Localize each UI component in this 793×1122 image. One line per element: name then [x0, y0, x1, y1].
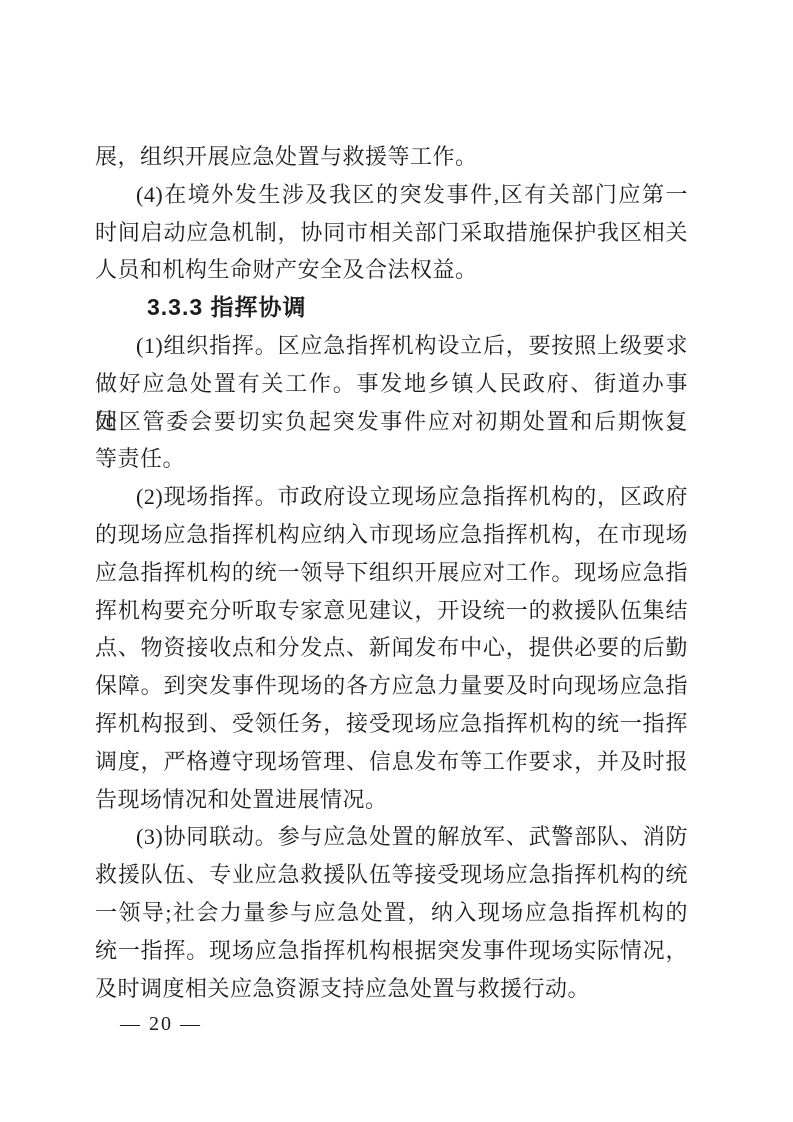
- text-line: 展，组织开展应急处置与救援等工作。: [95, 138, 688, 176]
- text-line: 挥机构报到、受领任务，接受现场应急指挥机构的统一指挥: [95, 705, 688, 743]
- text-line: 一领导;社会力量参与应急处置，纳入现场应急指挥机构的: [95, 894, 688, 932]
- document-body: 展，组织开展应急处置与救援等工作。(4)在境外发生涉及我区的突发事件,区有关部门…: [95, 138, 688, 1007]
- document-page: 展，组织开展应急处置与救援等工作。(4)在境外发生涉及我区的突发事件,区有关部门…: [0, 0, 793, 1122]
- text-line: (1)组织指挥。区应急指挥机构设立后，要按照上级要求: [95, 327, 688, 365]
- text-line: (4)在境外发生涉及我区的突发事件,区有关部门应第一: [95, 176, 688, 214]
- text-line: 保障。到突发事件现场的各方应急力量要及时向现场应急指: [95, 667, 688, 705]
- text-line: 做好应急处置有关工作。事发地乡镇人民政府、街道办事处、: [95, 365, 688, 403]
- text-line: 及时调度相关应急资源支持应急处置与救援行动。: [95, 970, 688, 1008]
- text-line: 告现场情况和处置进展情况。: [95, 781, 688, 819]
- text-line: 等责任。: [95, 440, 688, 478]
- text-line: 时间启动应急机制，协同市相关部门采取措施保护我区相关: [95, 214, 688, 252]
- text-line: (2)现场指挥。市政府设立现场应急指挥机构的，区政府: [95, 478, 688, 516]
- text-line: 挥机构要充分听取专家意见建议，开设统一的救援队伍集结: [95, 592, 688, 630]
- text-line: 园区管委会要切实负起突发事件应对初期处置和后期恢复: [95, 403, 688, 441]
- text-line: (3)协同联动。参与应急处置的解放军、武警部队、消防: [95, 818, 688, 856]
- text-line: 人员和机构生命财产安全及合法权益。: [95, 251, 688, 289]
- section-heading: 3.3.3 指挥协调: [95, 289, 688, 327]
- text-line: 的现场应急指挥机构应纳入市现场应急指挥机构，在市现场: [95, 516, 688, 554]
- text-line: 调度，严格遵守现场管理、信息发布等工作要求，并及时报: [95, 743, 688, 781]
- page-number: — 20 —: [120, 1013, 202, 1036]
- text-line: 救援队伍、专业应急救援队伍等接受现场应急指挥机构的统: [95, 856, 688, 894]
- text-line: 统一指挥。现场应急指挥机构根据突发事件现场实际情况，: [95, 932, 688, 970]
- text-line: 点、物资接收点和分发点、新闻发布中心，提供必要的后勤: [95, 629, 688, 667]
- text-line: 应急指挥机构的统一领导下组织开展应对工作。现场应急指: [95, 554, 688, 592]
